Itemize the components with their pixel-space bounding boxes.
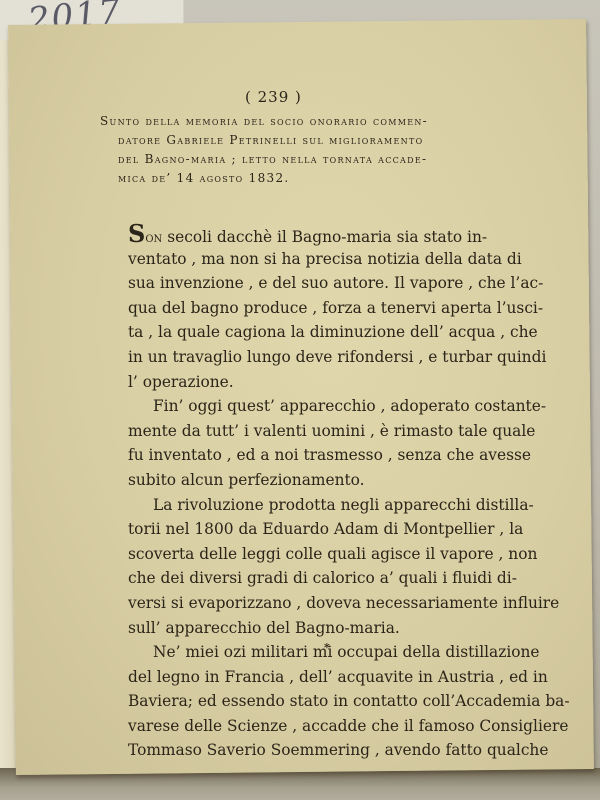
text-line: Baviera; ed essendo stato in contatto co…: [128, 689, 473, 714]
text-line: l’ operazione.: [128, 370, 473, 395]
text-line: Ne’ miei ozi militari mi occupai della d…: [128, 640, 473, 665]
text-line: che dei diversi gradi di calorico a’ qua…: [128, 566, 473, 591]
text-line: del legno in Francia , dell’ acquavite i…: [128, 665, 473, 690]
text-line: Fin’ oggi quest’ apparecchio , adoperato…: [128, 394, 473, 419]
text-line: ventato , ma non si ha precisa notizia d…: [128, 247, 473, 272]
text-line: Son secoli dacchè il Bagno-maria sia sta…: [128, 222, 473, 247]
drop-cap: S: [128, 219, 145, 248]
heading-line: datore Gabriele Petrinelli sul miglioram…: [100, 131, 445, 150]
text-line: torii nel 1800 da Eduardo Adam di Montpe…: [128, 517, 473, 542]
text-line: sua invenzione , e del suo autore. Il va…: [128, 271, 473, 296]
signature-mark: *: [324, 641, 330, 654]
text-line: versi si evaporizzano , doveva necessari…: [128, 591, 473, 616]
text-line: subito alcun perfezionamento.: [128, 468, 473, 493]
text-line: sull’ apparecchio del Bagno-maria.: [128, 616, 473, 641]
text-line: fu inventato , ed a noi trasmesso , senz…: [128, 443, 473, 468]
text-line: varese delle Scienze , accadde che il fa…: [128, 714, 473, 739]
page-content: ( 239 ) Sunto della memoria del socio on…: [0, 0, 600, 800]
heading-line: del Bagno-maria ; letto nella tornata ac…: [100, 150, 445, 169]
text-line: qua del bagno produce , forza a tenervi …: [128, 296, 473, 321]
text-line: mente da tutt’ i valenti uomini , è rima…: [128, 419, 473, 444]
text-line: La rivoluzione prodotta negli apparecchi…: [128, 493, 473, 518]
page-number: ( 239 ): [245, 88, 302, 106]
text-fragment: secoli dacchè il Bagno-maria sia stato i…: [162, 228, 487, 246]
text-line: scoverta delle leggi colle quali agisce …: [128, 542, 473, 567]
text-line: in un travaglio lungo deve rifondersi , …: [128, 345, 473, 370]
heading-line: mica de’ 14 agosto 1832.: [100, 169, 445, 188]
small-caps-word: on: [145, 230, 162, 246]
text-line: Tommaso Saverio Soemmering , avendo fatt…: [128, 738, 473, 763]
text-line: ta , la quale cagiona la diminuzione del…: [128, 320, 473, 345]
body-text: Son secoli dacchè il Bagno-maria sia sta…: [128, 222, 473, 763]
section-heading: Sunto della memoria del socio onorario c…: [100, 112, 445, 188]
heading-line: Sunto della memoria del socio onorario c…: [100, 112, 445, 131]
